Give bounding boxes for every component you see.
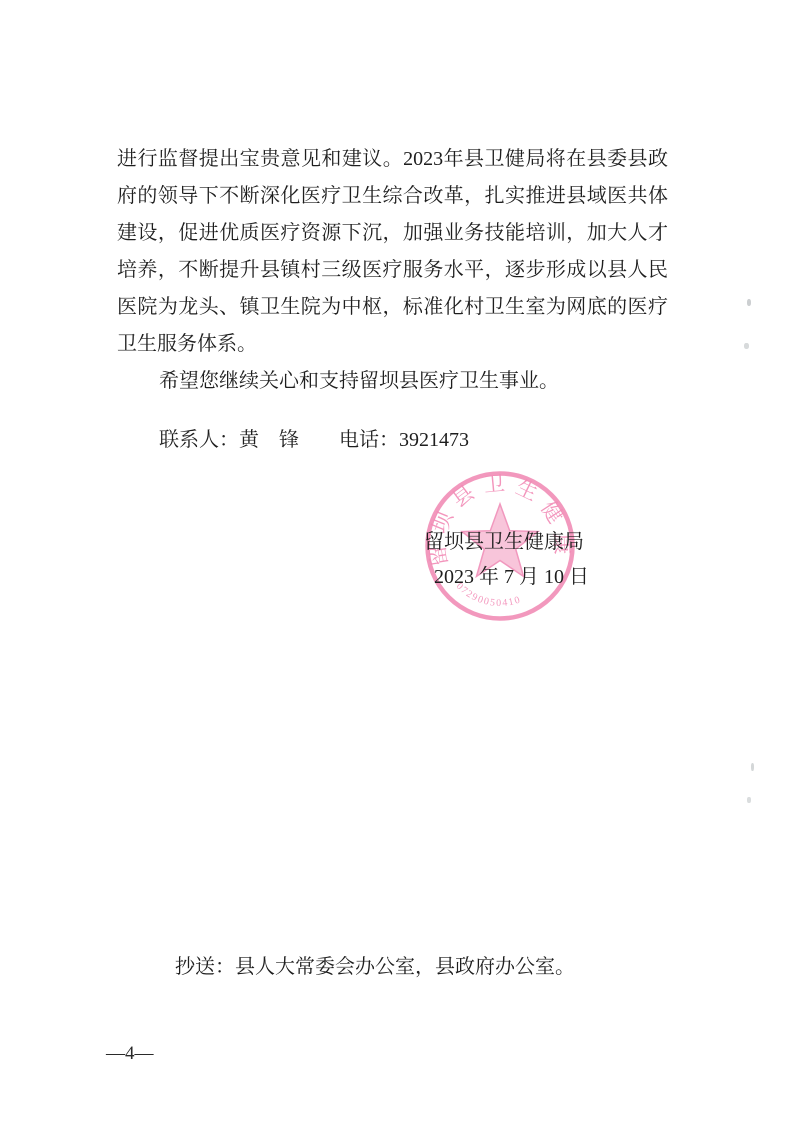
signature-date: 2023 年 7 月 10 日 [434,563,589,591]
body-line: 进行监督提出宝贵意见和建议。2023 年县卫健局将在县委县政 [117,141,668,178]
scan-artifact [744,343,749,349]
body-line: 府的领导下不断深化医疗卫生综合改革，扎实推进县域医共体 [117,178,668,215]
scan-artifact [747,797,751,803]
contact-line: 联系人：黄 锋 电话：3921473 [159,422,469,459]
scan-artifact [747,299,751,306]
cc-line: 抄送：县人大常委会办公室，县政府办公室。 [175,952,575,982]
body-line: 培养，不断提升县镇村三级医疗服务水平，逐步形成以县人民 [117,252,668,289]
body-line: 建设，促进优质医疗资源下沉，加强业务技能培训，加大人才 [117,215,668,252]
signature-organization: 留坝县卫生健康局 [424,528,584,556]
body-line: 卫生服务体系。 [117,326,668,363]
page-number: —4— [106,1042,154,1066]
body-closing-line: 希望您继续关心和支持留坝县医疗卫生事业。 [117,363,668,400]
document-page: 进行监督提出宝贵意见和建议。2023 年县卫健局将在县委县政 府的领导下不断深化… [0,0,793,1122]
body-text: 进行监督提出宝贵意见和建议。2023 年县卫健局将在县委县政 府的领导下不断深化… [117,141,668,400]
body-line: 医院为龙头、镇卫生院为中枢，标准化村卫生室为网底的医疗 [117,289,668,326]
scan-artifact [751,763,754,771]
